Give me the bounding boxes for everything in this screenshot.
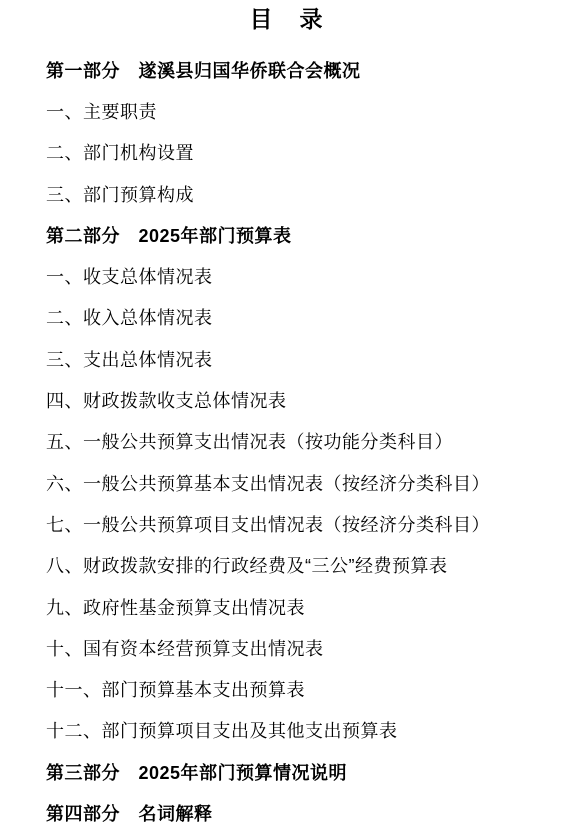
- toc-entry-2-6: 六、一般公共预算基本支出情况表（按经济分类科目）: [46, 462, 554, 503]
- toc-entry-1-1: 一、主要职责: [46, 90, 554, 131]
- toc-part-3: 第三部分 2025年部门预算情况说明: [46, 751, 554, 792]
- toc-entry-2-12: 十二、部门预算项目支出及其他支出预算表: [46, 710, 554, 751]
- table-of-contents: 第一部分 遂溪县归国华侨联合会概况 一、主要职责 二、部门机构设置 三、部门预算…: [0, 49, 574, 834]
- toc-entry-2-9: 九、政府性基金预算支出情况表: [46, 586, 554, 627]
- toc-entry-2-10: 十、国有资本经营预算支出情况表: [46, 627, 554, 668]
- toc-entry-2-1: 一、收支总体情况表: [46, 255, 554, 296]
- toc-entry-2-4: 四、财政拨款收支总体情况表: [46, 379, 554, 420]
- toc-entry-2-11: 十一、部门预算基本支出预算表: [46, 668, 554, 709]
- toc-entry-2-8: 八、财政拨款安排的行政经费及“三公”经费预算表: [46, 545, 554, 586]
- toc-entry-2-3: 三、支出总体情况表: [46, 338, 554, 379]
- toc-entry-1-3: 三、部门预算构成: [46, 173, 554, 214]
- document-page: 目 录 第一部分 遂溪县归国华侨联合会概况 一、主要职责 二、部门机构设置 三、…: [0, 0, 574, 837]
- toc-entry-2-2: 二、收入总体情况表: [46, 297, 554, 338]
- page-title: 目 录: [0, 0, 574, 33]
- toc-part-4: 第四部分 名词解释: [46, 792, 554, 833]
- toc-part-2: 第二部分 2025年部门预算表: [46, 214, 554, 255]
- toc-entry-1-2: 二、部门机构设置: [46, 132, 554, 173]
- toc-entry-2-5: 五、一般公共预算支出情况表（按功能分类科目）: [46, 421, 554, 462]
- toc-part-1: 第一部分 遂溪县归国华侨联合会概况: [46, 49, 554, 90]
- toc-entry-2-7: 七、一般公共预算项目支出情况表（按经济分类科目）: [46, 503, 554, 544]
